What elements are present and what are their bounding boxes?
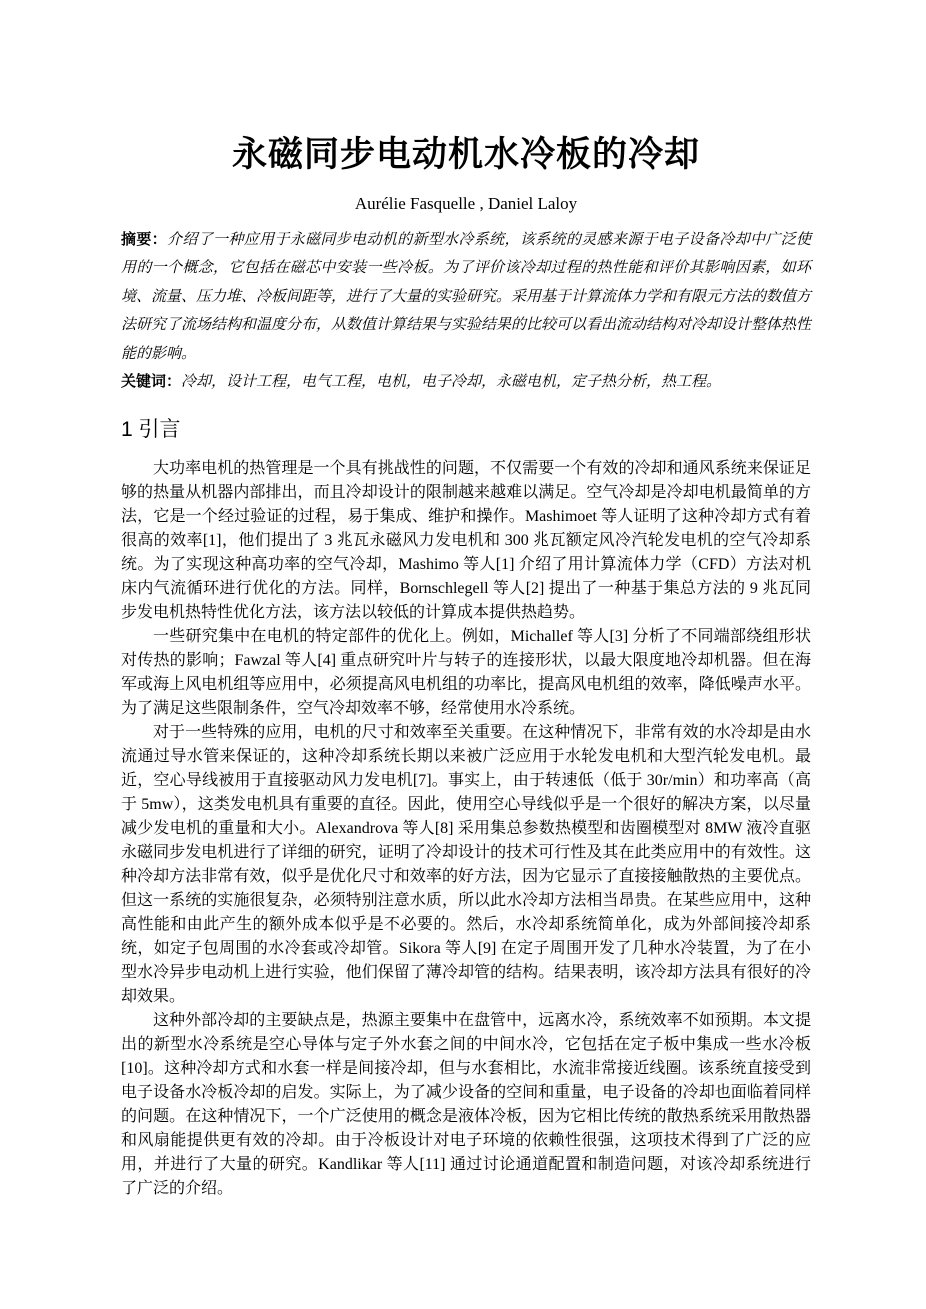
authors-line: Aurélie Fasquelle , Daniel Laloy xyxy=(121,194,811,214)
paragraph: 一些研究集中在电机的特定部件的优化上。例如，Michallef 等人[3] 分析… xyxy=(121,625,811,721)
keywords-label: 关键词： xyxy=(121,373,181,390)
paragraph: 这种外部冷却的主要缺点是，热源主要集中在盘管中，远离水冷，系统效率不如预期。本文… xyxy=(121,1009,811,1201)
document-content: 永磁同步电动机水冷板的冷却 Aurélie Fasquelle , Daniel… xyxy=(121,0,811,1201)
paragraph: 大功率电机的热管理是一个具有挑战性的问题，不仅需要一个有效的冷却和通风系统来保证… xyxy=(121,457,811,625)
keywords-block: 关键词：冷却，设计工程，电气工程，电机，电子冷却，永磁电机，定子热分析，热工程。 xyxy=(121,368,811,397)
paragraph: 对于一些特殊的应用，电机的尺寸和效率至关重要。在这种情况下，非常有效的水冷却是由… xyxy=(121,721,811,1009)
introduction-body: 大功率电机的热管理是一个具有挑战性的问题，不仅需要一个有效的冷却和通风系统来保证… xyxy=(121,457,811,1201)
abstract-block: 摘要：介绍了一种应用于永磁同步电动机的新型水冷系统，该系统的灵感来源于电子设备冷… xyxy=(121,226,811,369)
document-page: 永磁同步电动机水冷板的冷却 Aurélie Fasquelle , Daniel… xyxy=(0,0,926,1309)
paper-title: 永磁同步电动机水冷板的冷却 xyxy=(121,133,811,177)
keywords-text: 冷却，设计工程，电气工程，电机，电子冷却，永磁电机，定子热分析，热工程。 xyxy=(181,374,721,390)
abstract-label: 摘要： xyxy=(121,231,167,248)
section-heading-introduction: 1 引言 xyxy=(121,417,811,442)
abstract-text: 介绍了一种应用于永磁同步电动机的新型水冷系统，该系统的灵感来源于电子设备冷却中广… xyxy=(121,232,811,362)
